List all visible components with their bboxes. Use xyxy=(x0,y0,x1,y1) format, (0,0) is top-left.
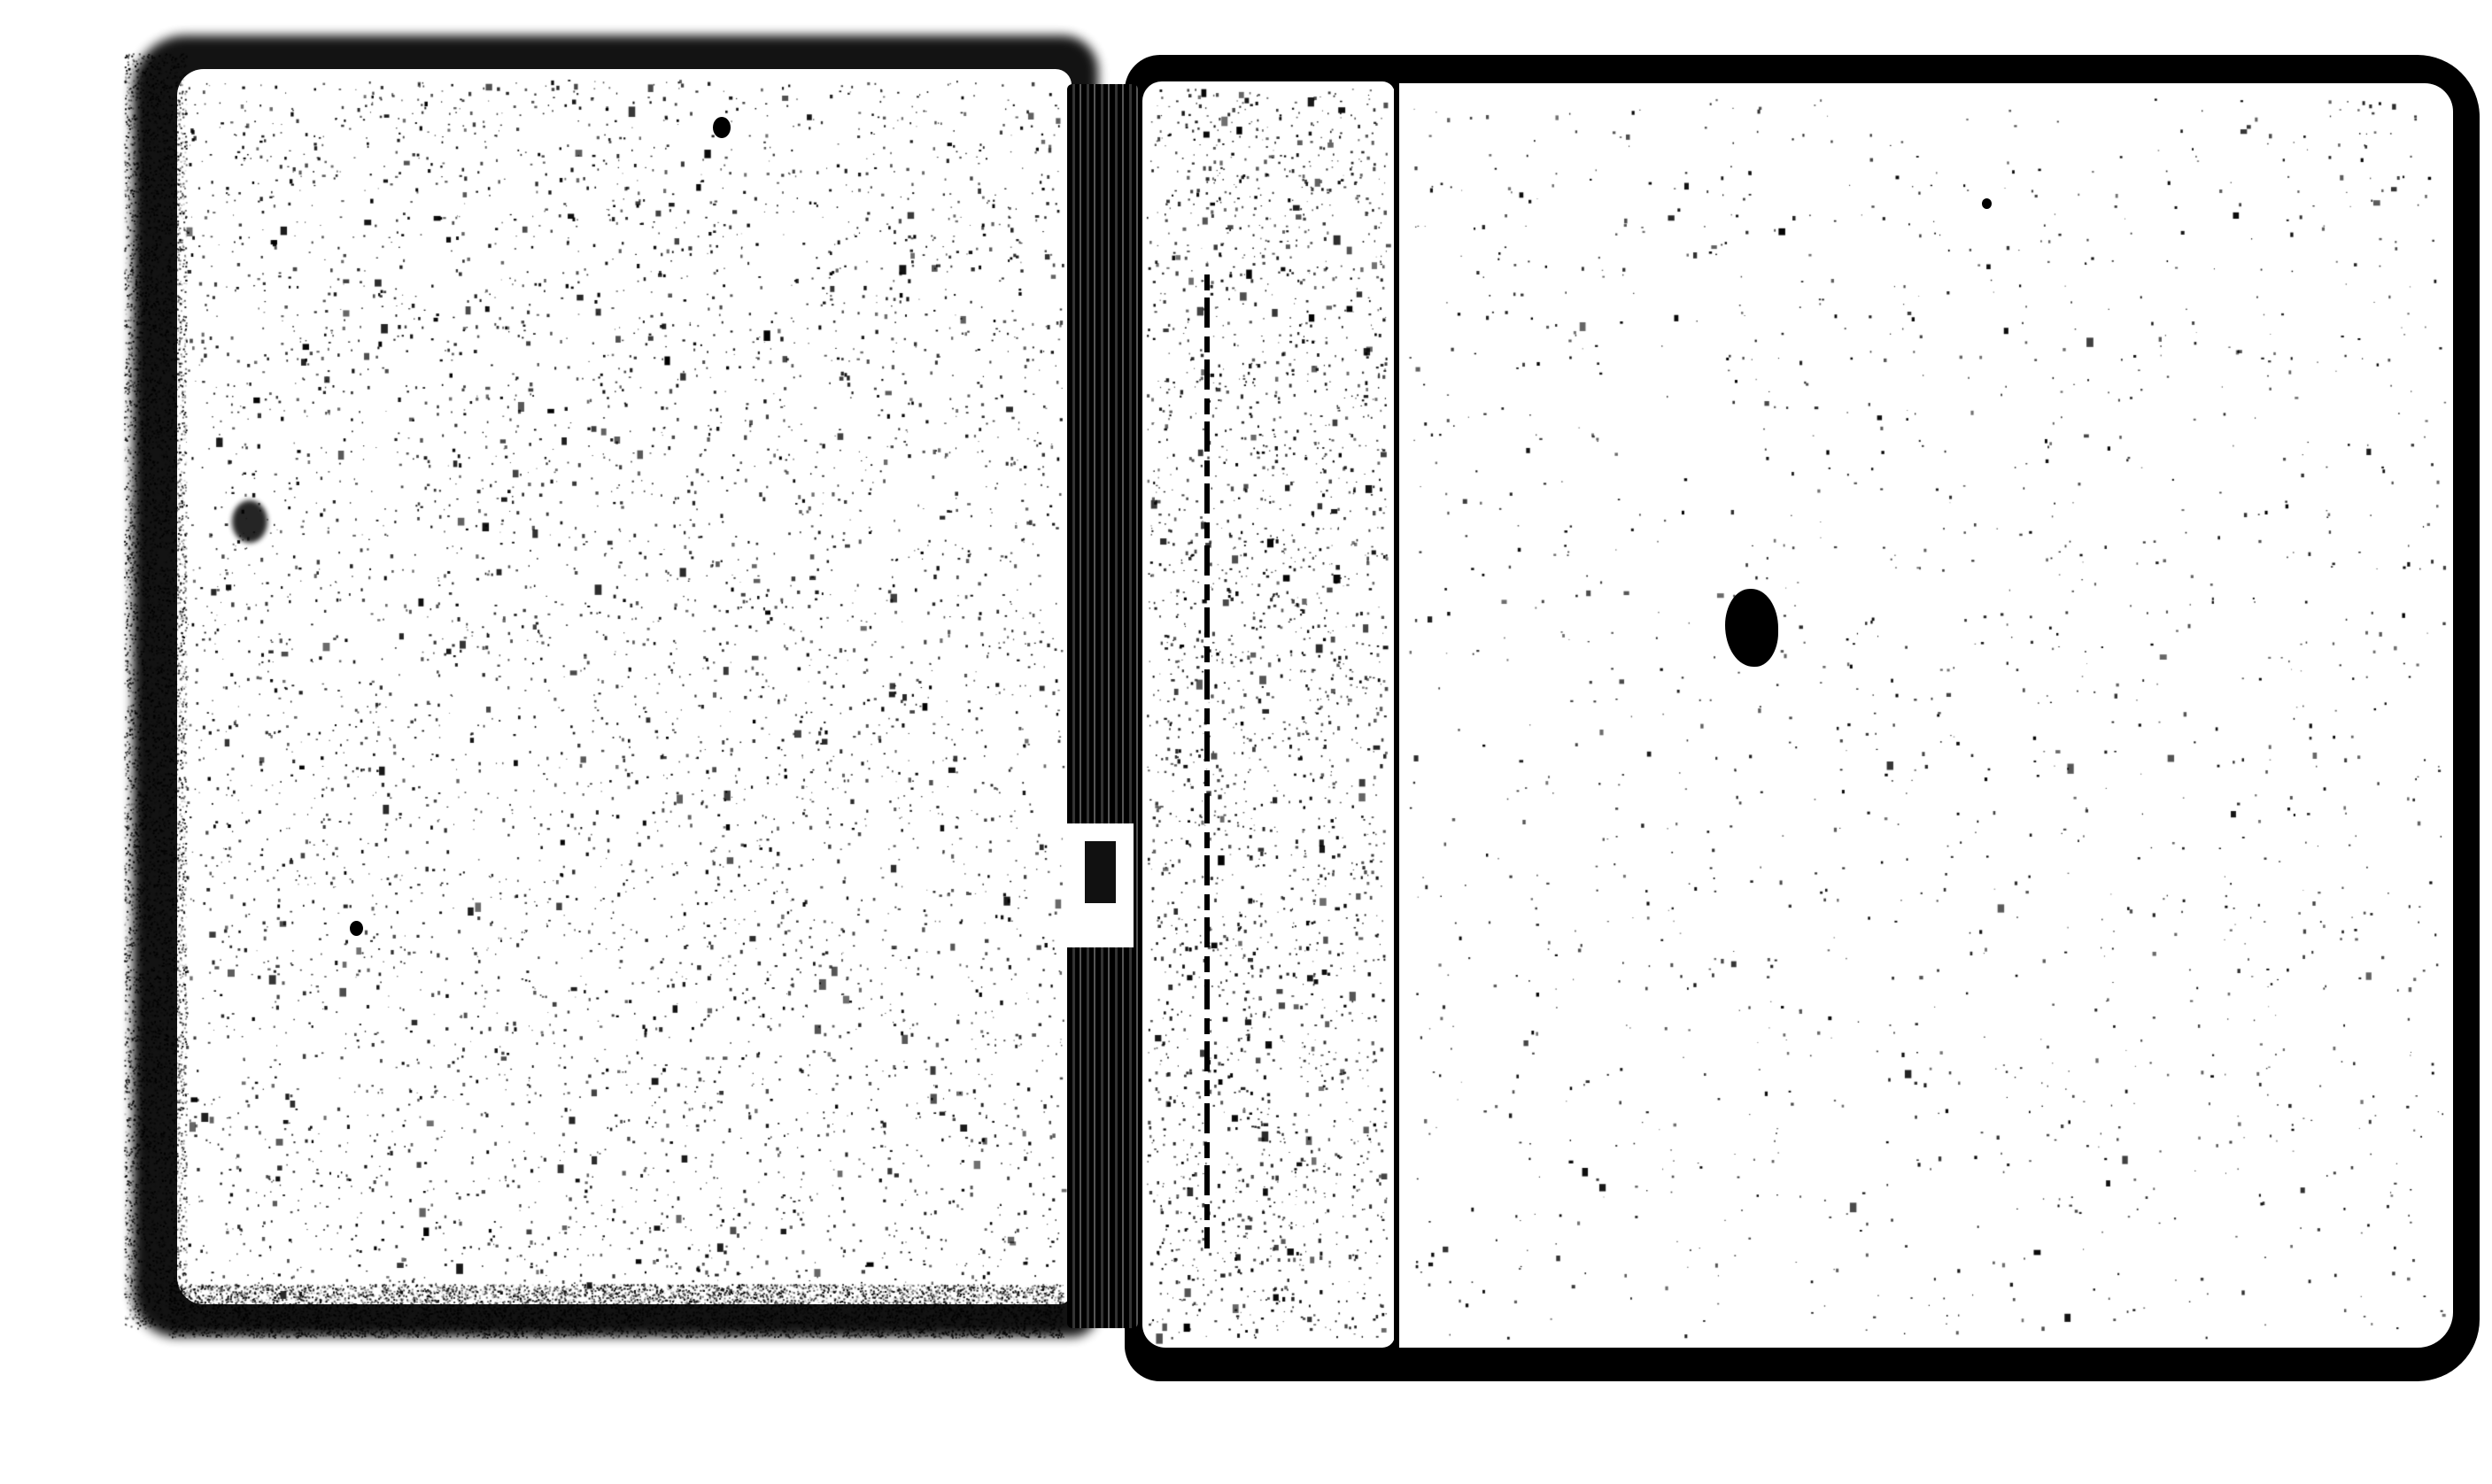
book-scan xyxy=(0,0,2492,1484)
speckle-texture xyxy=(0,0,2492,1484)
